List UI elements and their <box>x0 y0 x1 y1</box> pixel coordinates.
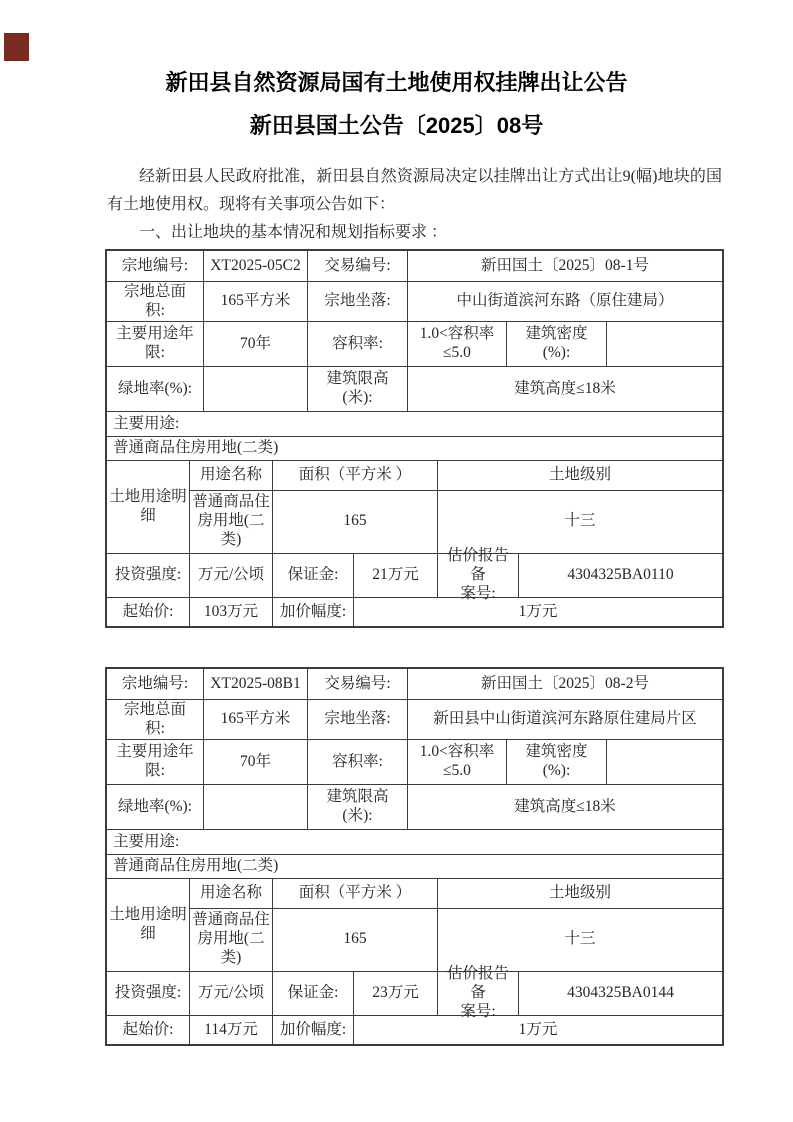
land-grade-value: 十三 <box>437 909 722 971</box>
greening-rate-value <box>203 785 307 829</box>
deposit-value: 21万元 <box>353 554 437 597</box>
total-area-label: 宗地总面 积: <box>107 700 203 739</box>
main-use-label: 主要用途: <box>107 830 722 854</box>
parcel-number-value: XT2025-05C2 <box>203 251 307 281</box>
start-price-label: 起始价: <box>107 1016 189 1044</box>
total-area-label: 宗地总面 积: <box>107 282 203 321</box>
plot-ratio-value: 1.0<容积率 ≤5.0 <box>407 740 506 784</box>
document-corner-mark <box>4 33 29 61</box>
building-density-label: 建筑密度 (%): <box>506 740 606 784</box>
use-years-label: 主要用途年 限: <box>107 322 203 366</box>
main-use-label: 主要用途: <box>107 412 722 436</box>
land-use-detail-label: 土地用途明 细 <box>107 461 189 553</box>
land-grade-header: 土地级别 <box>437 879 722 908</box>
document-title: 新田县自然资源局国有土地使用权挂牌出让公告 <box>0 0 793 96</box>
trade-number-label: 交易编号: <box>307 251 407 281</box>
building-density-value <box>606 322 722 366</box>
increment-value: 1万元 <box>353 598 722 626</box>
greening-rate-label: 绿地率(%): <box>107 367 203 411</box>
building-density-label: 建筑密度 (%): <box>506 322 606 366</box>
location-value: 新田县中山街道滨河东路原住建局片区 <box>407 700 722 739</box>
trade-number-label: 交易编号: <box>307 669 407 699</box>
area-value: 165 <box>272 491 437 553</box>
start-price-value: 103万元 <box>189 598 272 626</box>
section-heading: 一、出让地块的基本情况和规划指标要求 ： <box>107 219 722 247</box>
parcel-number-label: 宗地编号: <box>107 669 203 699</box>
start-price-label: 起始价: <box>107 598 189 626</box>
height-limit-value: 建筑高度≤18米 <box>407 785 722 829</box>
appraisal-number-label: 估价报告备 案号: <box>437 972 518 1015</box>
location-value: 中山街道滨河东路（原住建局） <box>407 282 722 321</box>
location-label: 宗地坐落: <box>307 282 407 321</box>
greening-rate-label: 绿地率(%): <box>107 785 203 829</box>
use-name-value: 普通商品住 房用地(二 类) <box>189 491 272 553</box>
area-header: 面积（平方米 ） <box>272 461 437 490</box>
increment-value: 1万元 <box>353 1016 722 1044</box>
use-name-header: 用途名称 <box>189 879 272 908</box>
main-use-value: 普通商品住房用地(二类) <box>107 437 722 460</box>
greening-rate-value <box>203 367 307 411</box>
use-years-value: 70年 <box>203 322 307 366</box>
land-grade-value: 十三 <box>437 491 722 553</box>
appraisal-number-value: 4304325BA0110 <box>518 554 722 597</box>
plot-ratio-label: 容积率: <box>307 322 407 366</box>
start-price-value: 114万元 <box>189 1016 272 1044</box>
use-name-value: 普通商品住 房用地(二 类) <box>189 909 272 971</box>
plot-ratio-value: 1.0<容积率 ≤5.0 <box>407 322 506 366</box>
deposit-value: 23万元 <box>353 972 437 1015</box>
use-years-label: 主要用途年 限: <box>107 740 203 784</box>
land-use-detail-label: 土地用途明 细 <box>107 879 189 971</box>
location-label: 宗地坐落: <box>307 700 407 739</box>
deposit-label: 保证金: <box>272 972 353 1015</box>
deposit-label: 保证金: <box>272 554 353 597</box>
investment-intensity-value: 万元/公顷 <box>189 972 272 1015</box>
parcel-table-2: 宗地编号: XT2025-08B1 交易编号: 新田国土〔2025〕08-2号 … <box>105 667 724 1046</box>
appraisal-number-label: 估价报告备 案号: <box>437 554 518 597</box>
parcel-number-label: 宗地编号: <box>107 251 203 281</box>
appraisal-number-value: 4304325BA0144 <box>518 972 722 1015</box>
increment-label: 加价幅度: <box>272 1016 353 1044</box>
parcel-number-value: XT2025-08B1 <box>203 669 307 699</box>
total-area-value: 165平方米 <box>203 282 307 321</box>
area-value: 165 <box>272 909 437 971</box>
trade-number-value: 新田国土〔2025〕08-2号 <box>407 669 722 699</box>
total-area-value: 165平方米 <box>203 700 307 739</box>
height-limit-label: 建筑限高 (米): <box>307 367 407 411</box>
parcel-table-1: 宗地编号: XT2025-05C2 交易编号: 新田国土〔2025〕08-1号 … <box>105 249 724 628</box>
height-limit-value: 建筑高度≤18米 <box>407 367 722 411</box>
main-use-value: 普通商品住房用地(二类) <box>107 855 722 878</box>
increment-label: 加价幅度: <box>272 598 353 626</box>
area-header: 面积（平方米 ） <box>272 879 437 908</box>
use-years-value: 70年 <box>203 740 307 784</box>
investment-intensity-value: 万元/公顷 <box>189 554 272 597</box>
intro-paragraph: 经新田县人民政府批准，新田县自然资源局决定以挂牌出让方式出让9(幅)地块的国有土… <box>107 163 722 219</box>
investment-intensity-label: 投资强度: <box>107 554 189 597</box>
building-density-value <box>606 740 722 784</box>
document-number-subtitle: 新田县国土公告〔2025〕08号 <box>0 113 793 139</box>
investment-intensity-label: 投资强度: <box>107 972 189 1015</box>
height-limit-label: 建筑限高 (米): <box>307 785 407 829</box>
trade-number-value: 新田国土〔2025〕08-1号 <box>407 251 722 281</box>
use-name-header: 用途名称 <box>189 461 272 490</box>
land-grade-header: 土地级别 <box>437 461 722 490</box>
plot-ratio-label: 容积率: <box>307 740 407 784</box>
